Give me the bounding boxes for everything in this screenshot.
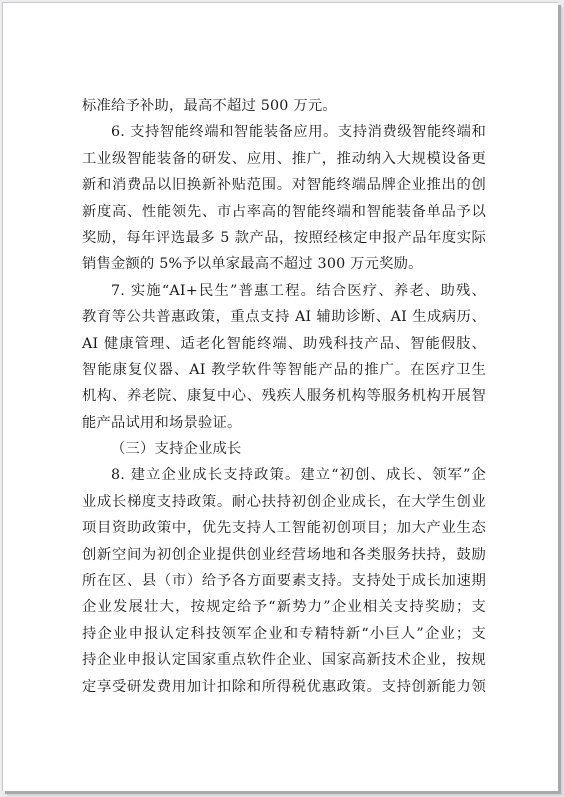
text-line: 创新空间为初创企业提供创业经营场地和各类服务扶持，鼓励 (82, 542, 486, 568)
text-line: 教育等公共普惠政策，重点支持 AI 辅助诊断、AI 生成病历、 (82, 304, 486, 330)
text-line: 机构、养老院、康复中心、残疾人服务机构等服务机构开展智 (82, 383, 486, 409)
paragraph-8-title-line: 8. 建立企业成长支持政策。建立“初创、成长、领军”企 (82, 462, 486, 488)
document-viewer: 标准给予补助，最高不超过 500 万元。 6. 支持智能终端和智能装备应用。支持… (0, 0, 564, 797)
paragraph-7-title-line: 7. 实施“AI+民生”普惠工程。结合医疗、养老、助残、 (82, 278, 486, 304)
text-line: 新和消费品以旧换新补贴范围。对智能终端品牌企业推出的创 (82, 172, 486, 198)
text-line: 新度高、性能领先、市占率高的智能终端和智能装备单品予以 (82, 199, 486, 225)
text-line: 智能康复仪器、AI 教学软件等智能产品的推广。在医疗卫生 (82, 357, 486, 383)
page-body-text: 标准给予补助，最高不超过 500 万元。 6. 支持智能终端和智能装备应用。支持… (82, 93, 486, 700)
text-line: 持企业申报认定国家重点软件企业、国家高新技术企业，按规 (82, 647, 486, 673)
text-line: 所在区、县（市）给予各方面要素支持。支持处于成长加速期 (82, 568, 486, 594)
paragraph-6-title-line: 6. 支持智能终端和智能装备应用。支持消费级智能终端和 (82, 119, 486, 145)
text-line: 业成长梯度支持政策。耐心扶持初创企业成长，在大学生创业 (82, 489, 486, 515)
text-line: 项目资助政策中，优先支持人工智能初创项目；加大产业生态 (82, 515, 486, 541)
text-line: 标准给予补助，最高不超过 500 万元。 (82, 93, 486, 119)
text-line: 能产品试用和场景验证。 (82, 410, 486, 436)
document-page: 标准给予补助，最高不超过 500 万元。 6. 支持智能终端和智能装备应用。支持… (2, 2, 558, 791)
text-line: 销售金额的 5%予以单家最高不超过 300 万元奖励。 (82, 251, 486, 277)
text-line: 工业级智能装备的研发、应用、推广，推动纳入大规模设备更 (82, 146, 486, 172)
text-line: AI 健康管理、适老化智能终端、助残科技产品、智能假肢、 (82, 331, 486, 357)
text-line: 企业发展壮大，按规定给予“新势力”企业相关支持奖励；支 (82, 594, 486, 620)
text-line: 持企业申报认定科技领军企业和专精特新“小巨人”企业；支 (82, 621, 486, 647)
text-line: 定享受研发费用加计扣除和所得税优惠政策。支持创新能力领 (82, 674, 486, 700)
text-line: 奖励，每年评选最多 5 款产品，按照经核定申报产品年度实际 (82, 225, 486, 251)
section-heading: （三）支持企业成长 (82, 436, 486, 462)
